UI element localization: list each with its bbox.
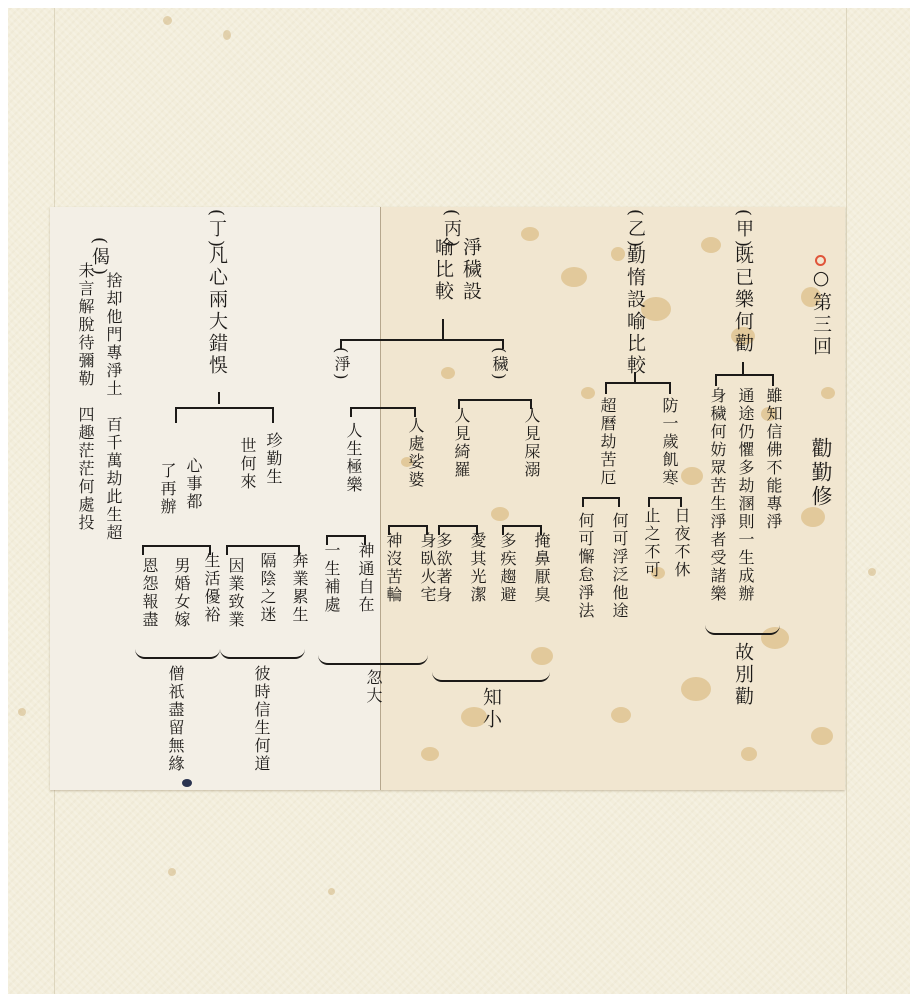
age-spot (163, 16, 172, 25)
ding-leaf: 男婚女嫁 (170, 557, 192, 629)
bing-leaf: 多疾趨避 (496, 532, 518, 604)
yi-leaf: 止之不可 (640, 507, 662, 579)
ding-branch: 珍勤生 (262, 432, 284, 486)
jia-branch: 通途仍懼多劫溷則一生成辦 (734, 387, 756, 603)
bing-leaf: 身臥火宅 (416, 532, 438, 604)
section-bing-heading-line: 喻比較 (432, 237, 454, 303)
bracket (715, 374, 774, 386)
age-spot (18, 708, 26, 716)
age-spot (328, 888, 335, 895)
age-spot (223, 30, 231, 40)
yi-leaf: 日夜不休 (670, 507, 692, 579)
chapter-number: ○第三回 (810, 267, 832, 358)
yi-branch: 超曆劫苦厄 (596, 397, 618, 487)
bing-leaf: 愛其光潔 (466, 532, 488, 604)
ding-branch: 了再辦 (156, 462, 178, 516)
bing-conclusion: 知小 (480, 687, 502, 731)
bing-item: 人見屎溺 (520, 407, 542, 479)
bracket (175, 407, 274, 423)
age-spot (168, 868, 176, 876)
ding-branch: 心事都 (182, 457, 204, 511)
chapter-title: 勸勤修 (810, 437, 832, 509)
bing-item: 人見綺羅 (450, 407, 472, 479)
bing-leaf: 掩鼻厭臭 (530, 532, 552, 604)
yi-leaf: 何可懈怠淨法 (574, 512, 596, 620)
section-yi-heading: 勤惰設喻比較 (624, 245, 646, 377)
bing-leaf: 神沒苦輪 (382, 532, 404, 604)
section-ding-heading: 凡心兩大錯悞 (206, 245, 228, 377)
brace (135, 649, 220, 659)
bing-leaf: 神通自在 (354, 542, 376, 614)
brace (432, 672, 550, 682)
ding-conclusion: 僧祇盡留無緣 (164, 665, 186, 773)
verse-line: 捨却他門專淨土 百千萬劫此生超 (102, 272, 124, 542)
section-jia-heading: 既已樂何勸 (732, 245, 754, 355)
brace (318, 655, 428, 665)
section-bing-heading-line: 淨穢設 (460, 237, 482, 303)
bing-conclusion: 忽大 (362, 669, 384, 705)
bing-leaf: 一生補處 (320, 542, 342, 614)
section-jia-label: (甲) (732, 209, 754, 250)
brace (220, 649, 305, 659)
ding-leaf: 生活優裕 (200, 552, 222, 624)
yi-leaf: 何可浮泛他途 (608, 512, 630, 620)
verse-line: 未言解脫待彌勒 四趣茫茫何處投 (74, 262, 96, 532)
manuscript-sheet: ○第三回 勸勤修 (甲) 既已樂何勸 雖知信佛不能專淨 通途仍懼多劫溷則一生成辦… (50, 207, 845, 790)
jia-branch: 雖知信佛不能專淨 (762, 387, 784, 531)
bing-item: 人生極樂 (342, 422, 364, 494)
section-yi-label: (乙) (624, 209, 646, 250)
ink-blot (182, 779, 192, 787)
brace (705, 625, 780, 635)
section-ding-label: (丁) (205, 209, 227, 250)
jia-conclusion: 故別勸 (732, 642, 754, 708)
red-circle-mark (815, 255, 826, 266)
yi-branch: 防一歲飢寒 (658, 397, 680, 487)
ding-branch: 世何來 (236, 437, 258, 491)
ding-conclusion: 彼時信生何道 (250, 665, 272, 773)
bracket (605, 382, 671, 394)
jia-branch: 身穢何妨眾苦生淨者受諸樂 (706, 387, 728, 603)
ding-leaf: 恩怨報盡 (138, 557, 160, 629)
bing-item: 人處娑婆 (404, 417, 426, 489)
bing-branch-label: (穢) (488, 347, 510, 381)
mount-panel-line (846, 8, 847, 994)
ding-leaf: 隔陰之迷 (256, 552, 278, 624)
bing-branch-label: (淨) (330, 347, 352, 381)
ding-leaf: 奔業累生 (288, 552, 310, 624)
ding-leaf: 因業致業 (224, 557, 246, 629)
bracket (340, 339, 504, 349)
age-spot (868, 568, 876, 576)
